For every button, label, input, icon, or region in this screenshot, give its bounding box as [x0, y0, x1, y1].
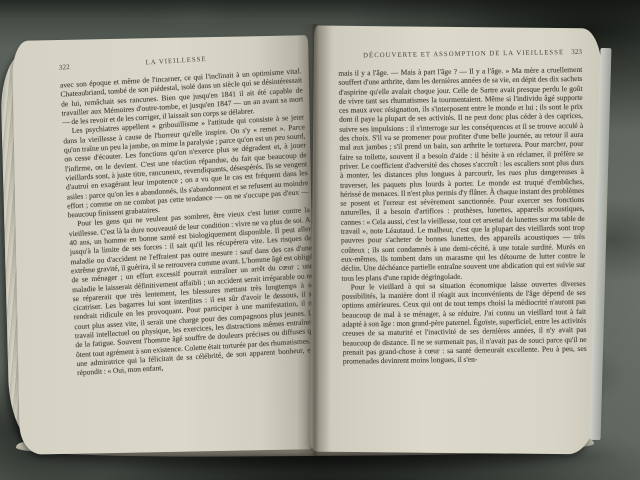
paragraph: Pour les gens qui ne veulent pas sombrer…	[68, 206, 319, 378]
right-running-header: DÉCOUVERTE ET ASSOMPTION DE LA VIEILLESS…	[338, 48, 582, 60]
left-page: 322 LA VIEILLESSE avec son époque et mêm…	[12, 35, 316, 455]
left-header-spacer	[283, 55, 301, 56]
left-page-number: 322	[59, 63, 70, 72]
right-running-title: DÉCOUVERTE ET ASSOMPTION DE LA VIEILLESS…	[356, 49, 571, 59]
paragraph: Les psychiatres appellent « gribouillism…	[62, 113, 309, 220]
right-text-column: mais il y a l'âge. — Mais à part l'âge ?…	[338, 65, 588, 455]
paragraph: mais il y a l'âge. — Mais à part l'âge ?…	[338, 65, 585, 283]
right-page-number: 323	[571, 48, 582, 56]
left-page-content: 322 LA VIEILLESSE avec son époque et mêm…	[59, 49, 324, 464]
photo-of-open-book: 322 LA VIEILLESSE avec son époque et mêm…	[0, 0, 640, 480]
right-page: DÉCOUVERTE ET ASSOMPTION DE LA VIEILLESS…	[310, 26, 602, 455]
left-running-title: LA VIEILLESSE	[70, 51, 283, 71]
paragraph: Pour le vieillard à qui sa situation éco…	[342, 279, 587, 366]
left-text-column: avec son époque et même de l'incarner, c…	[60, 66, 324, 464]
right-page-content: DÉCOUVERTE ET ASSOMPTION DE LA VIEILLESS…	[338, 48, 588, 455]
